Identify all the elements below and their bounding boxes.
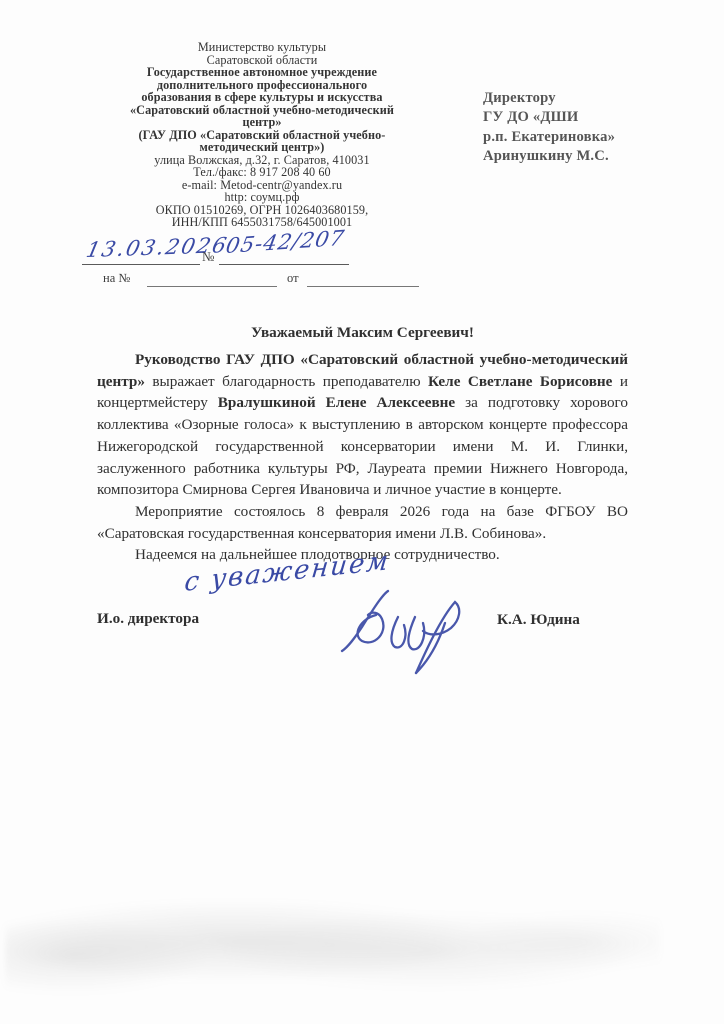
scan-smudge-artifact [5, 896, 660, 996]
letterhead-line: образования в сфере культуры и искусства [62, 91, 462, 104]
body-paragraph-2: Мероприятие состоялось 8 февраля 2026 го… [97, 501, 628, 544]
letterhead-line: методический центр») [62, 141, 462, 154]
body-segment: Келе Светлане Борисовне [428, 373, 612, 390]
letterhead-line: центр» [62, 116, 462, 129]
letterhead: Министерство культуры Саратовской област… [62, 41, 462, 229]
body-paragraph-1: Руководство ГАУ ДПО «Саратовский областн… [97, 349, 628, 501]
recipient-block: Директору ГУ ДО «ДШИ р.п. Екатериновка» … [483, 89, 615, 167]
recipient-line: Директору [483, 89, 615, 108]
letterhead-phone-line: Тел./факс: 8 917 208 40 60 [62, 166, 462, 179]
recipient-line: ГУ ДО «ДШИ [483, 108, 615, 127]
date-underline [82, 264, 200, 265]
scanned-letter-page: Министерство культуры Саратовской област… [0, 0, 724, 1024]
signature-scrawl [318, 575, 488, 680]
salutation: Уважаемый Максим Сергеевич! [97, 324, 628, 342]
number-underline [219, 264, 349, 265]
reply-from-label: от [287, 271, 299, 286]
recipient-line: Аринушкину М.С. [483, 147, 615, 166]
handwritten-outgoing-number: 05-42/207 [224, 226, 347, 258]
letterhead-site-line: http: соумц.рф [62, 191, 462, 204]
letterhead-line: Государственное автономное учреждение [62, 66, 462, 79]
recipient-line: р.п. Екатериновка» [483, 128, 615, 147]
signer-position: И.о. директора [97, 610, 199, 628]
letterhead-inn-line: ИНН/КПП 6455031758/645001001 [62, 216, 462, 229]
letter-body: Руководство ГАУ ДПО «Саратовский областн… [97, 349, 628, 566]
reply-to-number-label: на № [103, 271, 130, 286]
reply-number-blank-underline [147, 286, 277, 287]
body-segment: Вралушкиной Елене Алексеевне [218, 394, 455, 411]
body-segment: выражает благодарность преподавателю [145, 373, 428, 390]
reply-date-blank-underline [307, 286, 419, 287]
letterhead-line: Министерство культуры [62, 41, 462, 54]
number-sign-label: № [202, 249, 214, 265]
signer-name: К.А. Юдина [497, 611, 580, 629]
